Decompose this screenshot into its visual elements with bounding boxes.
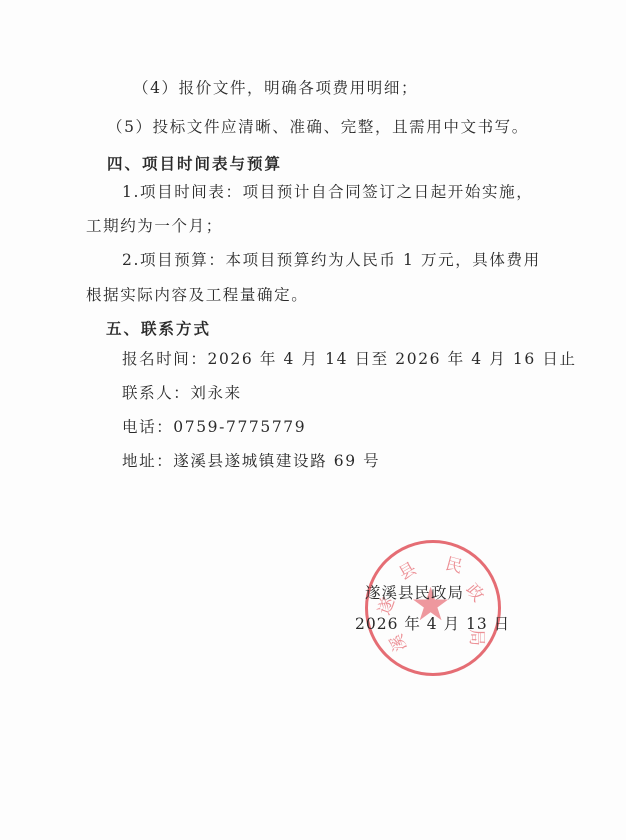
item-4-quote-file: （4）报价文件，明确各项费用明细；	[133, 76, 418, 98]
budget-line-2: 根据实际内容及工程量确定。	[86, 283, 308, 305]
signature-org: 遂溪县民政局	[365, 581, 464, 603]
signature-date: 2026 年 4 月 13 日	[355, 612, 510, 634]
seal-char: 政	[461, 577, 491, 606]
seal-char: 溪	[382, 631, 411, 656]
contact-person: 联系人：刘永来	[122, 381, 242, 403]
official-seal: ★ 县 民 政 局 遂 溪	[365, 540, 501, 676]
section-4-title: 四、项目时间表与预算	[107, 152, 282, 174]
schedule-line-1: 1.项目时间表：项目预计自合同签订之日起开始实施，	[122, 180, 533, 202]
address: 地址：遂溪县遂城镇建设路 69 号	[122, 449, 380, 471]
registration-time: 报名时间：2026 年 4 月 14 日至 2026 年 4 月 16 日止	[122, 347, 577, 369]
budget-line-1: 2.项目预算：本项目预算约为人民币 1 万元，具体费用	[122, 248, 541, 270]
phone-number: 电话：0759-7775779	[122, 415, 306, 437]
section-5-title: 五、联系方式	[106, 317, 211, 339]
item-5-bid-file: （5）投标文件应清晰、准确、完整，且需用中文书写。	[107, 115, 529, 137]
schedule-line-2: 工期约为一个月；	[86, 214, 223, 236]
seal-char: 民	[443, 549, 466, 578]
